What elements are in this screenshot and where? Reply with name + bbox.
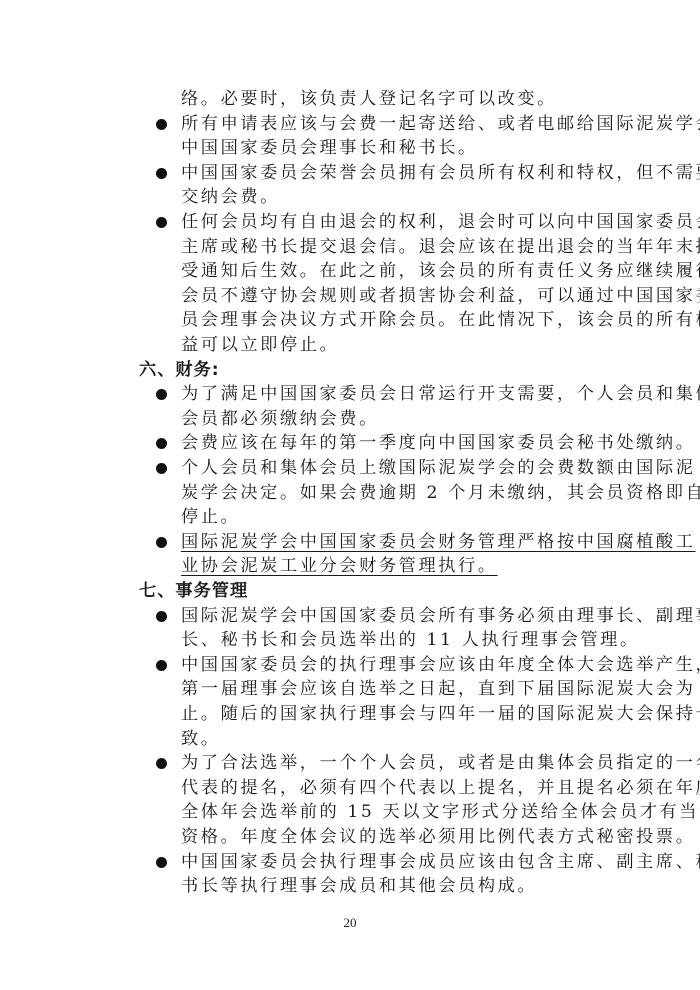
text-line: 员会理事会决议方式开除会员。在此情况下，该会员的所有权	[181, 307, 700, 333]
bullet-icon	[156, 389, 167, 400]
text-line: 中国国家委员会执行理事会成员应该由包含主席、副主席、秘	[181, 849, 700, 875]
text-line: 止。随后的国家执行理事会与四年一届的国际泥炭大会保持一	[181, 701, 700, 727]
bullet-icon	[156, 758, 167, 769]
text-line: 第一届理事会应该自选举之日起，直到下届国际泥炭大会为	[181, 676, 695, 702]
text-line: 会费应该在每年的第一季度向中国国家委员会秘书处缴纳。	[181, 430, 695, 456]
text-line: 资格。年度全体会议的选举必须用比例代表方式秘密投票。	[181, 824, 695, 850]
bullet-icon	[156, 537, 167, 548]
bullet-icon	[156, 660, 167, 671]
text-line: 个人会员和集体会员上缴国际泥炭学会的会费数额由国际泥	[181, 455, 695, 481]
text-line: 会员都必须缴纳会费。	[181, 406, 379, 432]
bullet-icon	[156, 857, 167, 868]
bullet-icon	[156, 217, 167, 228]
text-line: 为了满足中国国家委员会日常运行开支需要，个人会员和集体	[181, 381, 700, 407]
text-line: 国际泥炭学会中国国家委员会所有事务必须由理事长、副理事	[181, 603, 700, 629]
text-line: 交纳会费。	[181, 184, 280, 210]
text-line: 代表的提名，必须有四个代表以上提名，并且提名必须在年度	[181, 775, 700, 801]
text-line: 络。必要时，该负责人登记名字可以改变。	[181, 86, 557, 112]
text-line: 任何会员均有自由退会的权利，退会时可以向中国国家委员会	[181, 209, 700, 235]
section-heading: 六、财务:	[139, 357, 220, 383]
bullet-icon	[156, 463, 167, 474]
text-line: 受通知后生效。在此之前，该会员的所有责任义务应继续履行。	[181, 258, 700, 284]
text-line: 所有申请表应该与会费一起寄送给、或者电邮给国际泥炭学会	[181, 111, 700, 137]
text-line: 益可以立即停止。	[181, 332, 339, 358]
text-line: 为了合法选举，一个个人会员，或者是由集体会员指定的一名	[181, 750, 700, 776]
page-number: 20	[0, 915, 700, 931]
text-line: 业协会泥炭工业分会财务管理执行。	[181, 553, 498, 579]
bullet-icon	[156, 438, 167, 449]
text-line: 长、秘书长和会员选举出的 11 人执行理事会管理。	[181, 627, 640, 653]
bullet-icon	[156, 119, 167, 130]
text-line: 停止。	[181, 504, 240, 530]
bullet-icon	[156, 168, 167, 179]
text-line: 主席或秘书长提交退会信。退会应该在提出退会的当年年末接	[181, 234, 700, 260]
text-line: 全体年会选举前的 15 天以文字形式分送给全体会员才有当选	[181, 799, 700, 825]
section-heading: 七、事务管理	[139, 578, 248, 604]
text-line: 书长等执行理事会成员和其他会员构成。	[181, 873, 537, 899]
text-line: 中国国家委员会的执行理事会应该由年度全体大会选举产生，	[181, 652, 700, 678]
text-line: 致。	[181, 726, 221, 752]
bullet-icon	[156, 611, 167, 622]
text-line: 中国国家委员会荣誉会员拥有会员所有权利和特权，但不需要	[181, 160, 700, 186]
text-line: 炭学会决定。如果会费逾期 2 个月未缴纳，其会员资格即自动	[181, 480, 700, 506]
text-line: 会员不遵守协会规则或者损害协会利益，可以通过中国国家委	[181, 283, 700, 309]
text-line: 中国国家委员会理事长和秘书长。	[181, 135, 478, 161]
text-line: 国际泥炭学会中国国家委员会财务管理严格按中国腐植酸工	[181, 529, 695, 555]
